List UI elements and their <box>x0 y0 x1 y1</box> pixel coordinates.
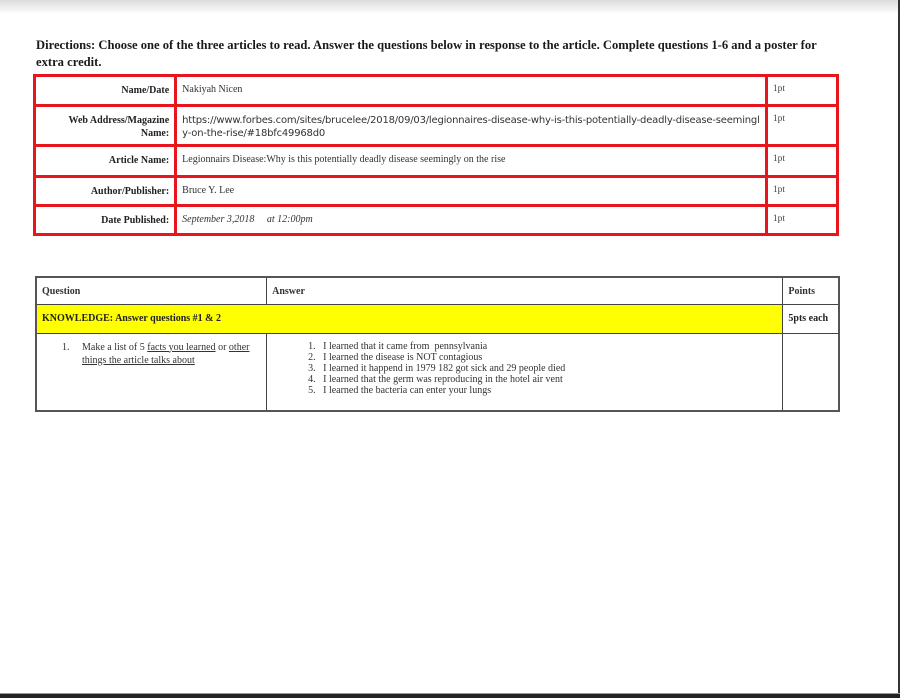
answer-cell[interactable]: 1.I learned that it came from pennsylvan… <box>267 333 783 411</box>
web-address-value[interactable]: https://www.forbes.com/sites/brucelee/20… <box>176 106 767 146</box>
answer-text: I learned the disease is NOT contagious <box>323 352 482 363</box>
question-text-part: or <box>216 342 229 353</box>
question-table: Question Answer Points KNOWLEDGE: Answer… <box>35 276 840 412</box>
points-value: 1pt <box>766 146 837 177</box>
answer-number: 4. <box>308 374 323 385</box>
info-label: Article Name: <box>35 146 176 177</box>
section-points: 5pts each <box>783 304 839 333</box>
section-row-knowledge: KNOWLEDGE: Answer questions #1 & 2 5pts … <box>36 304 839 333</box>
info-row-date-published: Date Published: September 3,2018 at 12:0… <box>35 206 838 235</box>
info-row-article-name: Article Name: Legionnairs Disease:Why is… <box>35 146 838 177</box>
viewer-top-shadow <box>0 0 900 14</box>
answer-item: 1.I learned that it came from pennsylvan… <box>308 341 777 352</box>
points-cell[interactable] <box>783 333 839 411</box>
info-label: Name/Date <box>35 76 176 106</box>
answer-item: 4.I learned that the germ was reproducin… <box>308 374 777 385</box>
viewer-bottom-edge <box>0 694 900 698</box>
answer-text: I learned that the germ was reproducing … <box>323 374 563 385</box>
answer-number: 5. <box>308 385 323 396</box>
article-name-value[interactable]: Legionnairs Disease:Why is this potentia… <box>176 146 767 177</box>
info-label: Date Published: <box>35 206 176 235</box>
answer-text: I learned the bacteria can enter your lu… <box>323 385 491 396</box>
question-text: Make a list of 5 facts you learned or ot… <box>82 341 261 367</box>
author-value[interactable]: Bruce Y. Lee <box>176 177 767 206</box>
answer-text: I learned that it came from pennsylvania <box>323 341 487 352</box>
info-row-name-date: Name/Date Nakiyah Nicen 1pt <box>35 76 838 106</box>
question-text-underlined: facts you learned <box>147 342 215 353</box>
question-text-part: Make a list of 5 <box>82 342 147 353</box>
answer-text: I learned it happend in 1979 182 got sic… <box>323 363 565 374</box>
points-value: 1pt <box>766 177 837 206</box>
section-title: KNOWLEDGE: Answer questions #1 & 2 <box>36 304 783 333</box>
answer-item: 3.I learned it happend in 1979 182 got s… <box>308 363 777 374</box>
name-date-value[interactable]: Nakiyah Nicen <box>176 76 767 106</box>
article-info-table: Name/Date Nakiyah Nicen 1pt Web Address/… <box>33 74 839 236</box>
answer-list: 1.I learned that it came from pennsylvan… <box>272 341 777 396</box>
points-value: 1pt <box>766 76 837 106</box>
points-value: 1pt <box>766 106 837 146</box>
answer-number: 3. <box>308 363 323 374</box>
question-cell: 1. Make a list of 5 facts you learned or… <box>36 333 267 411</box>
web-address-text: https://www.forbes.com/sites/brucelee/20… <box>182 115 759 139</box>
question-table-header: Question Answer Points <box>36 277 839 304</box>
info-label: Web Address/Magazine Name: <box>35 106 176 146</box>
header-question: Question <box>36 277 267 304</box>
question-number: 1. <box>62 341 82 367</box>
date-published-text: September 3,2018 at 12:00pm <box>182 214 313 225</box>
answer-number: 2. <box>308 352 323 363</box>
directions-text: Directions: Choose one of the three arti… <box>36 37 836 71</box>
info-label: Author/Publisher: <box>35 177 176 206</box>
info-row-author: Author/Publisher: Bruce Y. Lee 1pt <box>35 177 838 206</box>
question-row: 1. Make a list of 5 facts you learned or… <box>36 333 839 411</box>
info-row-web-address: Web Address/Magazine Name: https://www.f… <box>35 106 838 146</box>
header-points: Points <box>783 277 839 304</box>
answer-number: 1. <box>308 341 323 352</box>
answer-item: 5.I learned the bacteria can enter your … <box>308 385 777 396</box>
date-published-value[interactable]: September 3,2018 at 12:00pm <box>176 206 767 235</box>
header-answer: Answer <box>267 277 783 304</box>
answer-item: 2.I learned the disease is NOT contagiou… <box>308 352 777 363</box>
points-value: 1pt <box>766 206 837 235</box>
